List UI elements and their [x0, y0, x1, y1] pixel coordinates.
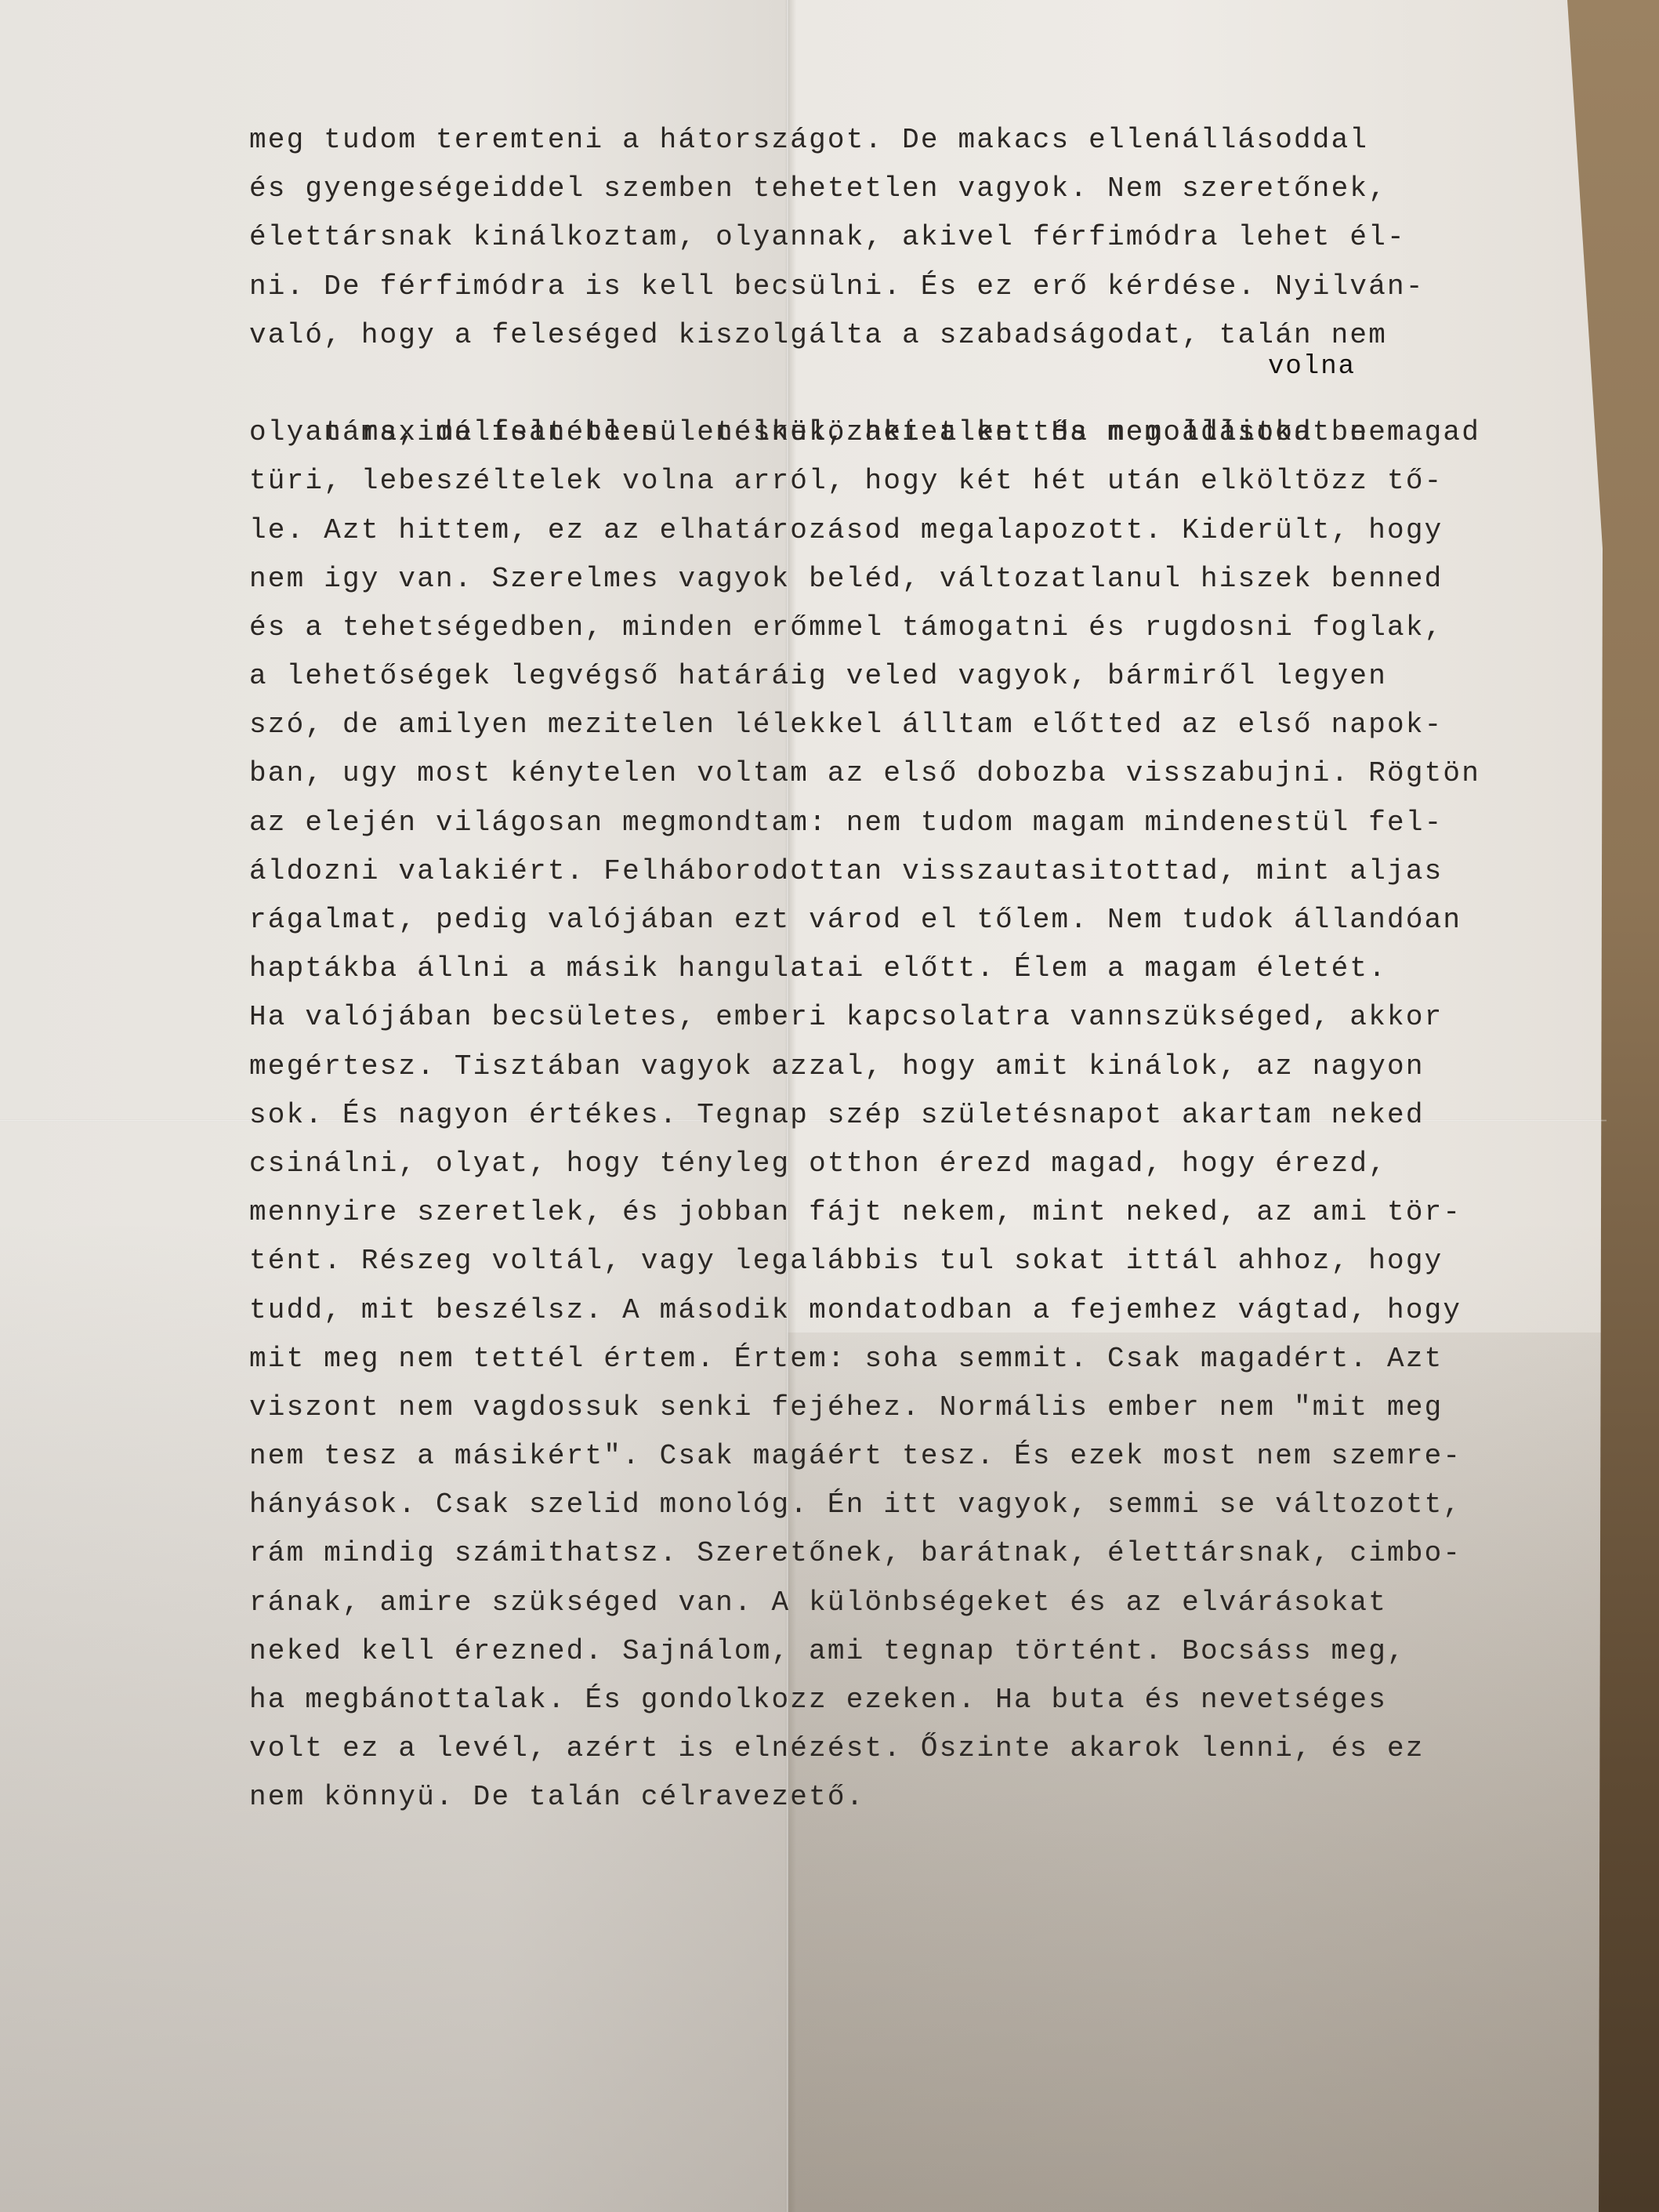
letter-line: nem könnyü. De talán célravezető. [249, 1773, 1581, 1822]
letter-line: és gyengeségeiddel szemben tehetetlen va… [249, 165, 1581, 213]
letter-line-with-correction: társ, de feltétlenül nélkülözhetetlen. H… [249, 360, 1581, 408]
letter-line: rának, amire szükséged van. A különbsége… [249, 1579, 1581, 1627]
letter-line: neked kell érezned. Sajnálom, ami tegnap… [249, 1627, 1581, 1676]
letter-line: áldozni valakiért. Felháborodottan vissz… [249, 847, 1581, 896]
letter-line: haptákba állni a másik hangulatai előtt.… [249, 945, 1581, 993]
letter-line: nem tesz a másikért". Csak magáért tesz.… [249, 1432, 1581, 1481]
letter-line: rágalmat, pedig valójában ezt várod el t… [249, 896, 1581, 945]
letter-line: az elején világosan megmondtam: nem tudo… [249, 799, 1581, 847]
letter-line: a lehetőségek legvégső határáig veled va… [249, 652, 1581, 701]
letter-line: volt ez a levél, azért is elnézést. Őszi… [249, 1724, 1581, 1773]
letter-line: türi, lebeszéltelek volna arról, hogy ké… [249, 457, 1581, 506]
letter-line: meg tudom teremteni a hátországot. De ma… [249, 116, 1581, 165]
letter-line: ni. De férfimódra is kell becsülni. És e… [249, 263, 1581, 311]
letter-line: mennyire szeretlek, és jobban fájt nekem… [249, 1188, 1581, 1237]
letter-line: csinálni, olyat, hogy tényleg otthon ére… [249, 1140, 1581, 1188]
letter-line: tént. Részeg voltál, vagy legalábbis tul… [249, 1237, 1581, 1285]
letter-line: ban, ugy most kénytelen voltam az első d… [249, 749, 1581, 798]
letter-line: le. Azt hittem, ez az elhatározásod mega… [249, 506, 1581, 555]
letter-line: és a tehetségedben, minden erőmmel támog… [249, 604, 1581, 652]
letter-line: szó, de amilyen mezitelen lélekkel állta… [249, 701, 1581, 749]
letter-body: meg tudom teremteni a hátországot. De ma… [249, 116, 1581, 1822]
letter-line: való, hogy a feleséged kiszolgálta a sza… [249, 311, 1581, 360]
letter-line: hányások. Csak szelid monológ. Én itt va… [249, 1481, 1581, 1529]
letter-line: viszont nem vagdossuk senki fejéhez. Nor… [249, 1383, 1581, 1432]
letter-line: olyan maximálisan becsületesnek, aki a k… [249, 408, 1581, 457]
letter-line: rám mindig számithatsz. Szeretőnek, bará… [249, 1529, 1581, 1578]
letter-line: élettársnak kinálkoztam, olyannak, akive… [249, 213, 1581, 262]
letter-line: mit meg nem tettél értem. Értem: soha se… [249, 1335, 1581, 1383]
letter-line: nem igy van. Szerelmes vagyok beléd, vál… [249, 555, 1581, 604]
letter-line: Ha valójában becsületes, emberi kapcsola… [249, 993, 1581, 1042]
letter-line: tudd, mit beszélsz. A második mondatodba… [249, 1286, 1581, 1335]
overtyped-correction: volna [1268, 343, 1356, 391]
letter-line: sok. És nagyon értékes. Tegnap szép szül… [249, 1091, 1581, 1140]
letter-line: megértesz. Tisztában vagyok azzal, hogy … [249, 1043, 1581, 1091]
letter-line: ha megbánottalak. És gondolkozz ezeken. … [249, 1676, 1581, 1724]
